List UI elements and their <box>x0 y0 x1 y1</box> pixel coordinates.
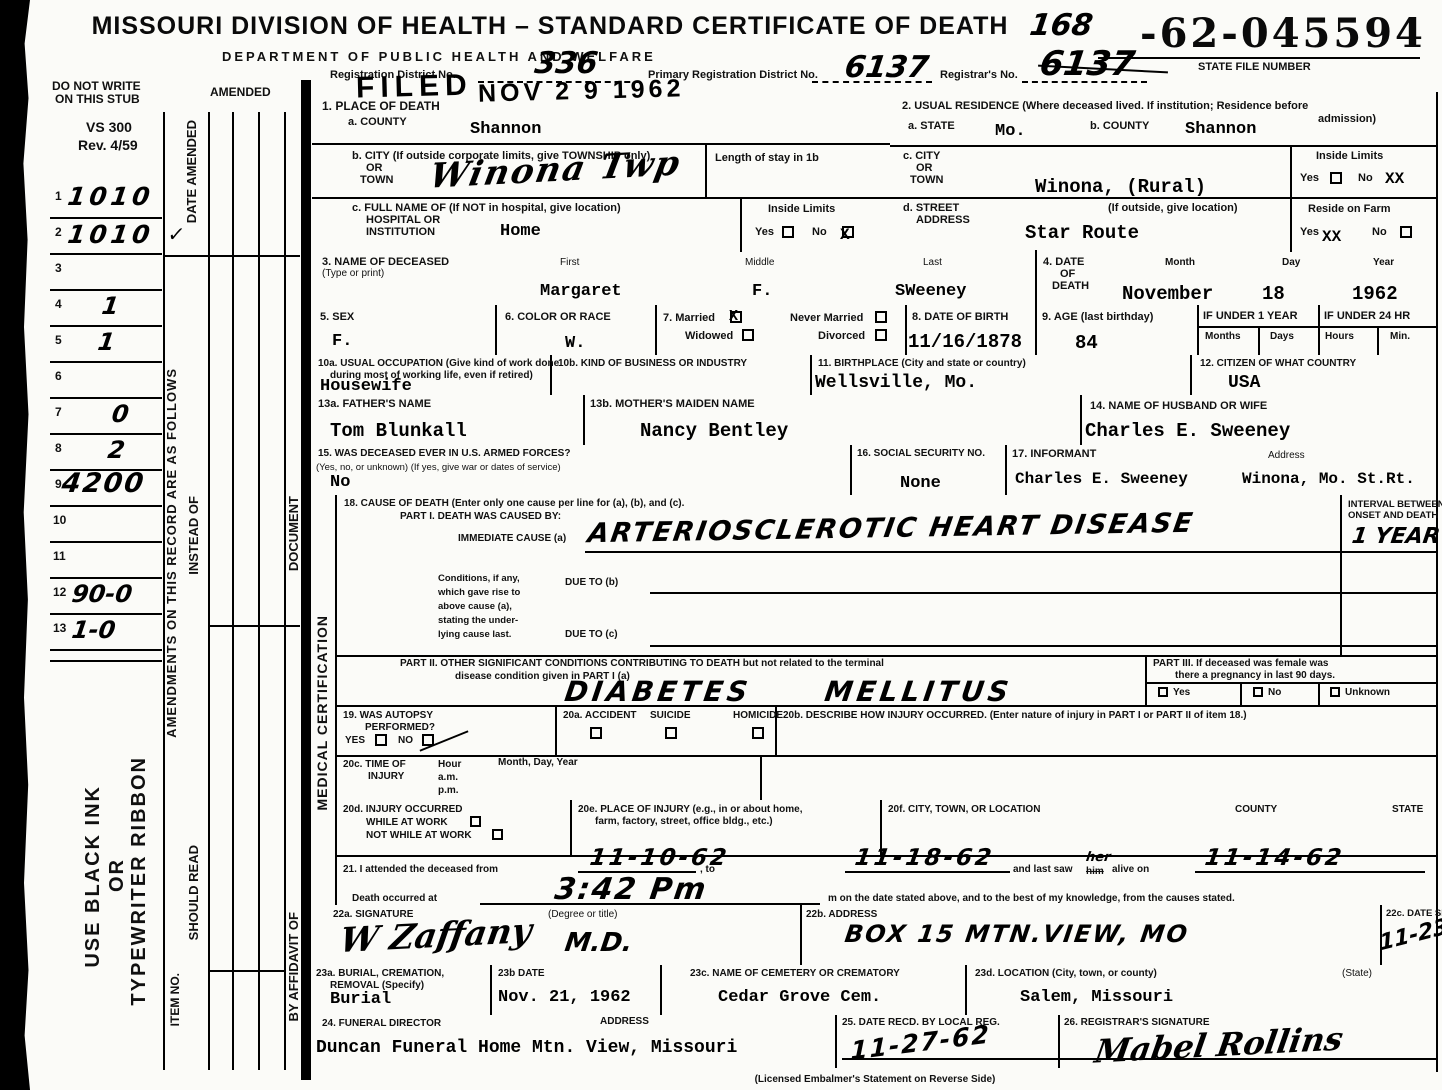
box-divider <box>705 143 707 197</box>
location-label: 23d. LOCATION (City, town, or county) <box>975 968 1157 979</box>
age-label: 9. AGE (last birthday) <box>1042 311 1153 323</box>
race-label: 6. COLOR OR RACE <box>505 311 611 323</box>
box-divider <box>850 445 852 495</box>
stub-row-num: 10 <box>53 514 66 527</box>
death-day-value: 18 <box>1262 283 1285 305</box>
primary-district-value: 6137 <box>843 50 931 85</box>
state-file-number: -62-045594 <box>1140 10 1426 57</box>
fill-line <box>650 592 1436 594</box>
box-divider <box>495 305 497 355</box>
divider-line <box>312 197 890 199</box>
reside-on-farm-label: Reside on Farm <box>1308 203 1391 215</box>
husband-wife-label: 14. NAME OF HUSBAND OR WIFE <box>1090 400 1267 412</box>
box-divider <box>655 305 657 355</box>
accident-label: 20a. ACCIDENT <box>563 710 637 721</box>
box-divider <box>740 197 742 252</box>
signer-address-value: BOX 15 MTN.VIEW, MO <box>843 920 1191 948</box>
due-to-b-label: DUE TO (b) <box>565 577 618 588</box>
no-label: No <box>812 226 827 238</box>
divider-line <box>163 255 300 257</box>
footer-note: (Licensed Embalmer's Statement on Revers… <box>312 1074 1438 1085</box>
divider-line <box>1145 682 1436 684</box>
cemetery-value: Cedar Grove Cem. <box>718 988 881 1007</box>
hours-label: Hours <box>1325 331 1354 342</box>
divider-line <box>50 505 162 507</box>
citizen-value: USA <box>1228 373 1260 393</box>
divider-line <box>208 625 300 627</box>
divorced-checkbox <box>875 329 887 341</box>
fill-line <box>845 871 1010 873</box>
cemetery-label: 23c. NAME OF CEMETERY OR CREMATORY <box>690 968 900 979</box>
interval-label-1: INTERVAL BETWEEN <box>1348 500 1442 510</box>
business-label: 10b. KIND OF BUSINESS OR INDUSTRY <box>558 358 747 369</box>
box-divider <box>1318 682 1320 705</box>
occupation-label: 10a. USUAL OCCUPATION (Give kind of work… <box>318 358 559 369</box>
father-name-label: 13a. FATHER'S NAME <box>318 398 431 410</box>
county-value: Shannon <box>470 120 541 139</box>
last-alive-value: 11-14-62 <box>1203 845 1346 871</box>
medical-section-rule <box>335 495 337 905</box>
date-of-death-label-2: OF <box>1060 268 1075 280</box>
death-month-value: November <box>1122 283 1213 305</box>
widowed-checkbox <box>742 329 754 341</box>
informant-value: Charles E. Sweeney <box>1015 470 1188 488</box>
divider-line <box>208 970 284 972</box>
signer-address-label: 22b. ADDRESS <box>806 909 877 920</box>
divider-line <box>50 253 162 255</box>
residence-no-label: No <box>1358 172 1373 184</box>
death-occurred-tail: m on the date stated above, and to the b… <box>828 893 1235 904</box>
day-label: Day <box>1282 257 1300 268</box>
months-label: Months <box>1205 331 1241 342</box>
farm-yes-mark: XX <box>1322 228 1341 246</box>
filed-stamp-date: NOV 2 9 1962 <box>478 74 685 108</box>
stub-item-no-label: ITEM NO. <box>168 973 182 1026</box>
stub-revision: Rev. 4/59 <box>78 138 138 153</box>
armed-forces-label: 15. WAS DECEASED EVER IN U.S. ARMED FORC… <box>318 448 570 459</box>
stub-row-num: 11 <box>53 550 66 563</box>
burial-date-label: 23b DATE <box>498 968 545 979</box>
stub-do-not-write-2: ON THIS STUB <box>55 93 140 106</box>
widowed-label: Widowed <box>685 330 733 342</box>
stub-row-value: 0 <box>110 400 131 428</box>
age-value: 84 <box>1075 332 1098 354</box>
death-year-value: 1962 <box>1352 283 1398 305</box>
stub-row-num: 7 <box>55 406 62 419</box>
injury-occurred-label: 20d. INJURY OCCURRED <box>343 804 462 815</box>
form-border <box>0 6 1126 9</box>
city-or-label: OR <box>366 162 383 174</box>
stub-row-value: 2 <box>106 436 127 464</box>
ssn-label: 16. SOCIAL SECURITY NO. <box>857 448 985 459</box>
stub-form-number: VS 300 <box>86 120 132 135</box>
attended-text-1: 21. I attended the deceased from <box>343 864 498 875</box>
month-day-year-label: Month, Day, Year <box>498 757 578 768</box>
hospital-label-2: HOSPITAL OR <box>366 214 440 226</box>
handwritten-number: 168 <box>1028 8 1096 43</box>
degree-value: M.D. <box>563 928 634 958</box>
days-label: Days <box>1270 331 1294 342</box>
month-label: Month <box>1165 257 1195 268</box>
pregnancy-unknown-checkbox <box>1330 687 1340 697</box>
farm-yes-label: Yes <box>1300 226 1319 238</box>
hospital-label-3: INSTITUTION <box>366 226 435 238</box>
street-value: Star Route <box>1025 222 1139 244</box>
box-divider <box>1197 305 1199 355</box>
document-title: MISSOURI DIVISION OF HEALTH – STANDARD C… <box>60 12 1040 41</box>
hospital-value: Home <box>500 222 541 241</box>
residence-city-or: OR <box>916 162 933 174</box>
conditions-note-5: lying cause last. <box>438 630 511 640</box>
stub-amendments-label: AMENDMENTS ON THIS RECORD ARE AS FOLLOWS <box>164 368 179 738</box>
husband-wife-value: Charles E. Sweeney <box>1085 420 1290 442</box>
armed-forces-sub-label: (Yes, no, or unknown) (If yes, give war … <box>316 463 561 473</box>
divorced-label: Divorced <box>818 330 865 342</box>
middle-label: Middle <box>745 257 774 268</box>
burial-value: Burial <box>330 990 391 1009</box>
autopsy-no-label: NO <box>398 735 413 746</box>
farm-no-checkbox <box>1400 226 1412 238</box>
if-under-24-hr-label: IF UNDER 24 HR <box>1324 310 1410 322</box>
registrar-signature-label: 26. REGISTRAR'S SIGNATURE <box>1064 1017 1210 1028</box>
accident-checkbox <box>590 727 602 739</box>
divider-line <box>1197 326 1436 328</box>
sex-value: F. <box>332 332 352 351</box>
date-of-birth-label: 8. DATE OF BIRTH <box>912 311 1008 323</box>
homicide-checkbox <box>752 727 764 739</box>
residence-yes-label: Yes <box>1300 172 1319 184</box>
not-while-at-work-checkbox <box>492 829 503 840</box>
min-label: Min. <box>1390 331 1410 342</box>
street-label: d. STREET <box>903 202 959 214</box>
stub-ink-instruction-3: TYPEWRITER RIBBON <box>128 756 151 1006</box>
stub-document-label: DOCUMENT <box>286 496 301 571</box>
stub-ink-instruction-1: USE BLACK INK <box>82 785 105 968</box>
location-state-label: (State) <box>1342 968 1372 979</box>
pregnancy-no-label: No <box>1268 687 1281 698</box>
year-label: Year <box>1373 257 1394 268</box>
stub-row-value: 4200 <box>60 468 148 499</box>
box-divider <box>583 395 585 445</box>
box-divider <box>660 965 662 1015</box>
fill-line <box>480 903 820 905</box>
autopsy-label: 19. WAS AUTOPSY <box>343 710 433 721</box>
residence-town-label: TOWN <box>910 174 943 186</box>
box-divider <box>760 755 762 800</box>
interval-column-rule <box>1340 495 1342 655</box>
date-of-death-label-3: DEATH <box>1052 280 1089 292</box>
occupation-value: Housewife <box>320 377 412 396</box>
divider-line <box>50 325 162 327</box>
medical-certification-label: MEDICAL CERTIFICATION <box>314 615 330 810</box>
immediate-cause-label: IMMEDIATE CAUSE (a) <box>458 533 566 544</box>
stub-row-num: 8 <box>55 442 62 455</box>
residence-county-value: Shannon <box>1185 120 1256 139</box>
race-value: W. <box>565 334 585 353</box>
stub-row-value: 90-0 <box>70 580 134 608</box>
box-divider <box>1318 305 1320 355</box>
stub-row-num: 3 <box>55 262 62 275</box>
am-label: a.m. <box>438 772 458 783</box>
box-divider <box>810 355 812 395</box>
box-divider <box>1190 355 1192 395</box>
place-of-death-title: 1. PLACE OF DEATH <box>322 100 440 113</box>
stub-date-amended-label: DATE AMENDED <box>184 120 199 223</box>
degree-or-title-label: (Degree or title) <box>548 909 617 920</box>
death-occurred-label: Death occurred at <box>352 893 437 904</box>
registrar-no-label: Registrar's No. <box>940 69 1018 81</box>
informant-address-label: Address <box>1268 450 1305 461</box>
street-hint: (If outside, give location) <box>1108 202 1238 214</box>
box-divider <box>965 965 967 1015</box>
citizen-label: 12. CITIZEN OF WHAT COUNTRY <box>1200 358 1356 369</box>
state-label: a. STATE <box>908 120 955 132</box>
stub-row-value: 1-0 <box>70 616 117 644</box>
divider-line <box>50 289 162 291</box>
last-name-value: SWeeney <box>895 282 966 301</box>
suicide-checkbox <box>665 727 677 739</box>
street-label-2: ADDRESS <box>916 214 970 226</box>
stub-row-num: 12 <box>53 586 66 599</box>
informant-address-value: Winona, Mo. St.Rt. <box>1242 470 1415 488</box>
state-value: Mo. <box>995 122 1026 141</box>
box-divider <box>1290 145 1292 252</box>
stub-should-read-label: SHOULD READ <box>186 845 201 940</box>
box-divider <box>1080 395 1082 445</box>
pregnancy-no-checkbox <box>1253 687 1263 697</box>
part3-column-rule <box>1145 655 1147 705</box>
residence-inside-limits-label: Inside Limits <box>1316 150 1383 162</box>
stub-by-affidavit-label: BY AFFIDAVIT OF <box>286 912 301 1022</box>
interval-a-value: 1 YEAR <box>1350 524 1441 549</box>
box-divider <box>1035 305 1037 355</box>
hospital-label: c. FULL NAME OF (If NOT in hospital, giv… <box>352 202 621 214</box>
residence-city-label: c. CITY <box>903 150 940 162</box>
married-label: 7. Married <box>663 312 715 324</box>
first-label: First <box>560 257 579 268</box>
no-checkbox-mark: X <box>840 226 850 244</box>
date-of-birth-value: 11/16/1878 <box>908 331 1022 353</box>
stub-row-num: 4 <box>55 298 62 311</box>
box-divider <box>1258 326 1260 355</box>
pregnancy-yes-label: Yes <box>1173 687 1190 698</box>
last-label: Last <box>923 257 942 268</box>
stub-row-num: 5 <box>55 334 62 347</box>
injury-city-label: 20f. CITY, TOWN, OR LOCATION <box>888 804 1040 815</box>
town-label: TOWN <box>360 174 393 186</box>
pm-label: p.m. <box>438 785 459 796</box>
box-divider <box>1005 445 1007 495</box>
time-of-injury-label: 20c. TIME OF <box>343 759 406 770</box>
stub-instead-of-label: INSTEAD OF <box>186 496 201 575</box>
divider-line <box>890 197 1436 199</box>
describe-injury-label: 20b. DESCRIBE HOW INJURY OCCURRED. (Ente… <box>783 710 1247 721</box>
due-to-c-label: DUE TO (c) <box>565 629 618 640</box>
fill-line <box>1195 871 1425 873</box>
never-married-label: Never Married <box>790 312 863 324</box>
divider-line <box>335 655 1436 657</box>
usual-residence-title-2: admission) <box>1318 113 1376 125</box>
box-divider <box>800 905 802 965</box>
attended-text-3: and last saw <box>1013 864 1072 875</box>
stub-amended-label: AMENDED <box>210 86 271 99</box>
conditions-note-4: stating the under- <box>438 616 518 626</box>
box-divider <box>1058 1015 1060 1068</box>
box-divider <box>570 800 572 855</box>
place-of-injury-label-2: farm, factory, street, office bldg., etc… <box>595 816 773 827</box>
divider-line <box>50 397 162 399</box>
stub-ink-instruction-2: OR <box>106 858 129 892</box>
farm-no-label: No <box>1372 226 1387 238</box>
divider-line <box>50 361 162 363</box>
divider-line <box>1098 57 1420 59</box>
divider-line <box>50 541 162 543</box>
burial-date-value: Nov. 21, 1962 <box>498 988 631 1007</box>
fill-line <box>842 1058 1436 1060</box>
date-of-death-label: 4. DATE <box>1043 256 1084 268</box>
length-of-stay-label: Length of stay in 1b <box>715 152 819 164</box>
part3-label: PART III. If deceased was female was <box>1153 658 1328 669</box>
informant-label: 17. INFORMANT <box>1012 448 1096 460</box>
first-name-value: Margaret <box>540 282 622 301</box>
injury-state-label: STATE <box>1392 804 1423 815</box>
stub-row-num: 2 <box>55 226 62 239</box>
fill-line <box>650 645 1436 647</box>
divider-line <box>50 660 162 662</box>
part2-value-1: DIABETES <box>563 675 754 708</box>
middle-name-value: F. <box>752 282 772 301</box>
pregnancy-yes-checkbox <box>1158 687 1168 697</box>
stub-form-separator <box>301 80 311 1080</box>
residence-county-label: b. COUNTY <box>1090 120 1149 132</box>
stub-row-num: 1 <box>55 190 62 203</box>
attended-text-4: alive on <box>1112 864 1149 875</box>
while-at-work-label: WHILE AT WORK <box>366 817 448 828</box>
autopsy-yes-checkbox <box>375 734 387 746</box>
name-of-deceased-label: 3. NAME OF DECEASED <box>322 256 449 268</box>
box-divider <box>905 305 907 355</box>
conditions-note-2: which gave rise to <box>438 588 520 598</box>
funeral-director-label: 24. FUNERAL DIRECTOR <box>322 1018 441 1029</box>
divider-line <box>335 705 1436 707</box>
box-divider <box>490 965 492 1015</box>
part1-label: PART I. DEATH WAS CAUSED BY: <box>400 511 561 522</box>
stub-row-checkmark: ✓ <box>166 222 186 246</box>
not-while-at-work-label: NOT WHILE AT WORK <box>366 830 472 841</box>
stub-row-value: 1 <box>96 328 117 356</box>
never-married-checkbox <box>875 311 887 323</box>
divider-line <box>50 649 162 651</box>
conditions-note-1: Conditions, if any, <box>438 574 520 584</box>
death-certificate-scan: MISSOURI DIVISION OF HEALTH – STANDARD C… <box>0 0 1442 1090</box>
place-of-injury-label: 20e. PLACE OF INJURY (e.g., in or about … <box>578 804 802 815</box>
part2-value-2: MELLITUS <box>823 675 1015 708</box>
injury-county-label: COUNTY <box>1235 804 1277 815</box>
residence-city-value: Winona, (Rural) <box>1035 176 1206 198</box>
county-label: a. COUNTY <box>348 116 407 128</box>
father-name-value: Tom Blunkall <box>330 420 467 442</box>
divider-line <box>312 143 890 145</box>
state-file-number-label: STATE FILE NUMBER <box>1198 61 1311 73</box>
attended-to-value: 11-18-62 <box>853 845 996 871</box>
yes-label: Yes <box>755 226 774 238</box>
stub-row-value: 1010 <box>66 182 156 211</box>
residence-no-mark: XX <box>1385 170 1404 188</box>
birthplace-value: Wellsville, Mo. <box>815 373 977 393</box>
box-divider <box>1240 682 1242 705</box>
while-at-work-checkbox <box>470 816 481 827</box>
burial-label: 23a. BURIAL, CREMATION, <box>316 968 444 979</box>
armed-forces-value: No <box>330 473 350 492</box>
hour-label: Hour <box>438 759 461 770</box>
part2-label: PART II. OTHER SIGNIFICANT CONDITIONS CO… <box>400 658 884 669</box>
fill-line <box>585 551 1436 553</box>
inside-limits-label: Inside Limits <box>768 203 835 215</box>
box-divider <box>835 1015 837 1068</box>
part3-label-2: there a pregnancy in last 90 days. <box>1175 670 1335 681</box>
suicide-label: SUICIDE <box>650 710 691 721</box>
divider-line <box>50 217 162 219</box>
mother-maiden-name-label: 13b. MOTHER'S MAIDEN NAME <box>590 398 755 410</box>
mother-maiden-name-value: Nancy Bentley <box>640 420 788 442</box>
divider-line <box>50 433 162 435</box>
her-handwritten: her <box>1085 850 1112 865</box>
divider-line <box>50 577 162 579</box>
location-value: Salem, Missouri <box>1020 988 1173 1007</box>
usual-residence-title: 2. USUAL RESIDENCE (Where deceased lived… <box>902 100 1308 112</box>
box-divider <box>1377 326 1379 355</box>
autopsy-yes-label: YES <box>345 735 365 746</box>
box-divider <box>555 705 557 755</box>
stub-row-value: 1010 <box>66 220 156 249</box>
homicide-label: HOMICIDE <box>733 710 783 721</box>
registrar-no-value: 6137 <box>1037 44 1137 84</box>
autopsy-label-2: PERFORMED? <box>365 722 435 733</box>
residence-yes-checkbox <box>1330 172 1342 184</box>
pregnancy-unknown-label: Unknown <box>1345 687 1390 698</box>
stub-row-value: 1 <box>100 292 121 320</box>
funeral-director-value: Duncan Funeral Home Mtn. View, Missouri <box>316 1038 737 1058</box>
birthplace-label: 11. BIRTHPLACE (City and state or countr… <box>818 358 1026 369</box>
stub-row-num: 13 <box>53 622 66 635</box>
type-or-print-label: (Type or print) <box>322 268 384 279</box>
sex-label: 5. SEX <box>320 311 354 323</box>
divider-line <box>890 145 1436 147</box>
time-of-injury-label-2: INJURY <box>368 771 404 782</box>
interval-label-2: ONSET AND DEATH <box>1348 511 1438 521</box>
cause-of-death-label: 18. CAUSE OF DEATH (Enter only one cause… <box>344 498 684 509</box>
stub-row-num: 6 <box>55 370 62 383</box>
funeral-director-address-label: ADDRESS <box>600 1016 649 1027</box>
him-printed-struck: him <box>1086 866 1104 877</box>
ssn-value: None <box>900 474 941 493</box>
married-checkbox-mark: X <box>729 308 738 325</box>
divider-line <box>50 613 162 615</box>
death-time-value: 3:42 Pm <box>553 872 710 907</box>
conditions-note-3: above cause (a), <box>438 602 512 612</box>
cause-a-value: ARTERIOSCLEROTIC HEART DISEASE <box>586 508 1197 550</box>
if-under-1-year-label: IF UNDER 1 YEAR <box>1203 310 1298 322</box>
yes-checkbox <box>782 226 794 238</box>
torn-paper-edge <box>0 0 30 1090</box>
